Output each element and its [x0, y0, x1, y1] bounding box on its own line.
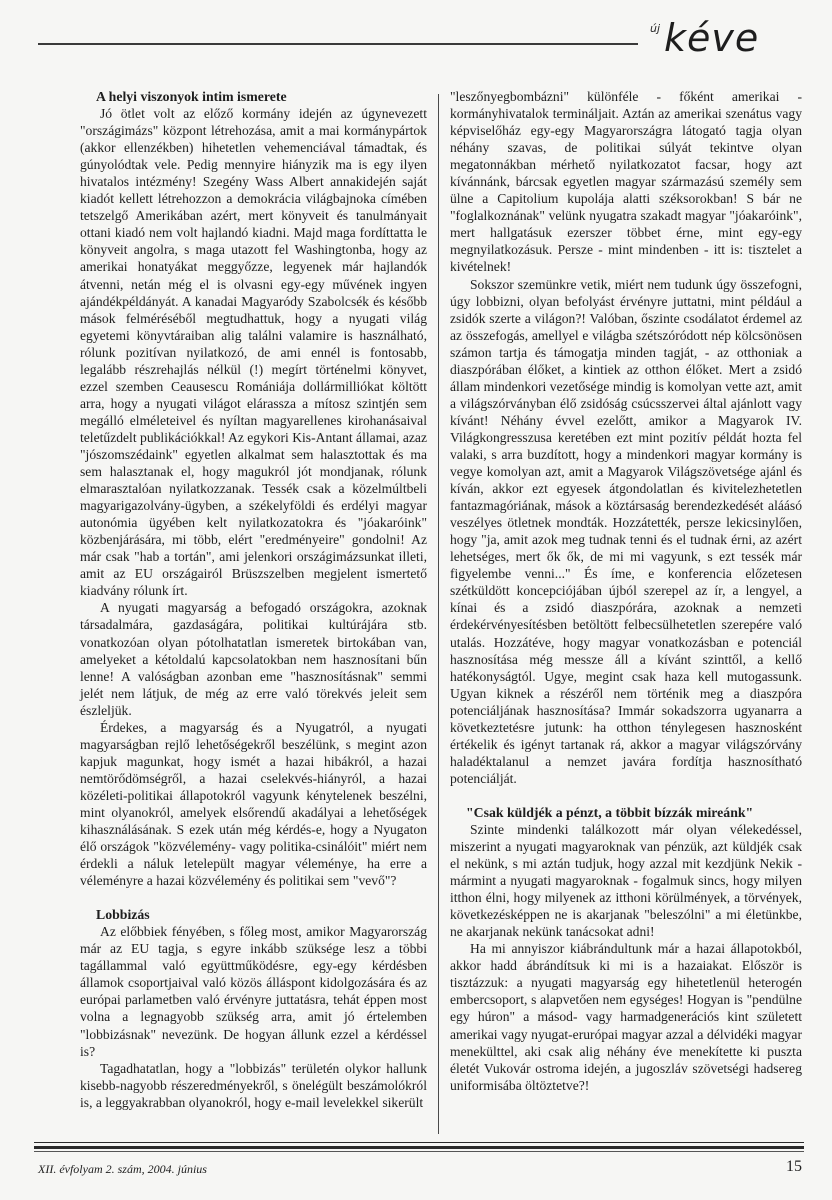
magazine-logo: új kéve: [650, 18, 759, 62]
paragraph: Az előbbiek fényében, s főleg most, amik…: [80, 923, 427, 1059]
section-heading-send-money: "Csak küldjék a pénzt, a többit bízzák m…: [450, 804, 802, 821]
issue-info: XII. évfolyam 2. szám, 2004. június: [38, 1162, 207, 1177]
paragraph: Szinte mindenki találkozott már olyan vé…: [450, 821, 802, 940]
right-column: "leszőnyegbombázni" különféle - főként a…: [450, 88, 802, 1094]
paragraph: "leszőnyegbombázni" különféle - főként a…: [450, 88, 802, 276]
footer-rule: [34, 1146, 804, 1149]
logo-main-text: kéve: [664, 18, 759, 58]
paragraph: Tagadhatatlan, hogy a "lobbizás" terület…: [80, 1060, 427, 1111]
logo-small-text: új: [650, 22, 660, 35]
column-divider: [438, 94, 439, 1134]
paragraph: Sokszor szemünkre vetik, miért nem tudun…: [450, 276, 802, 787]
paragraph: Jó ötlet volt az előző kormány idején az…: [80, 105, 427, 599]
left-column: A helyi viszonyok intim ismerete Jó ötle…: [80, 88, 427, 1111]
paragraph: Érdekes, a magyarság és a Nyugatról, a n…: [80, 719, 427, 889]
paragraph: Ha mi annyiszor kiábrándultunk már a haz…: [450, 940, 802, 1093]
footer-rule: [34, 1142, 804, 1143]
footer-rule: [34, 1151, 804, 1152]
section-heading-local-relations: A helyi viszonyok intim ismerete: [80, 88, 427, 105]
section-heading-lobbying: Lobbizás: [80, 906, 427, 923]
page-number: 15: [786, 1158, 802, 1176]
article-body: A helyi viszonyok intim ismerete Jó ötle…: [0, 88, 832, 1128]
paragraph: A nyugati magyarság a befogadó országokr…: [80, 599, 427, 718]
header-rule: [38, 43, 638, 45]
